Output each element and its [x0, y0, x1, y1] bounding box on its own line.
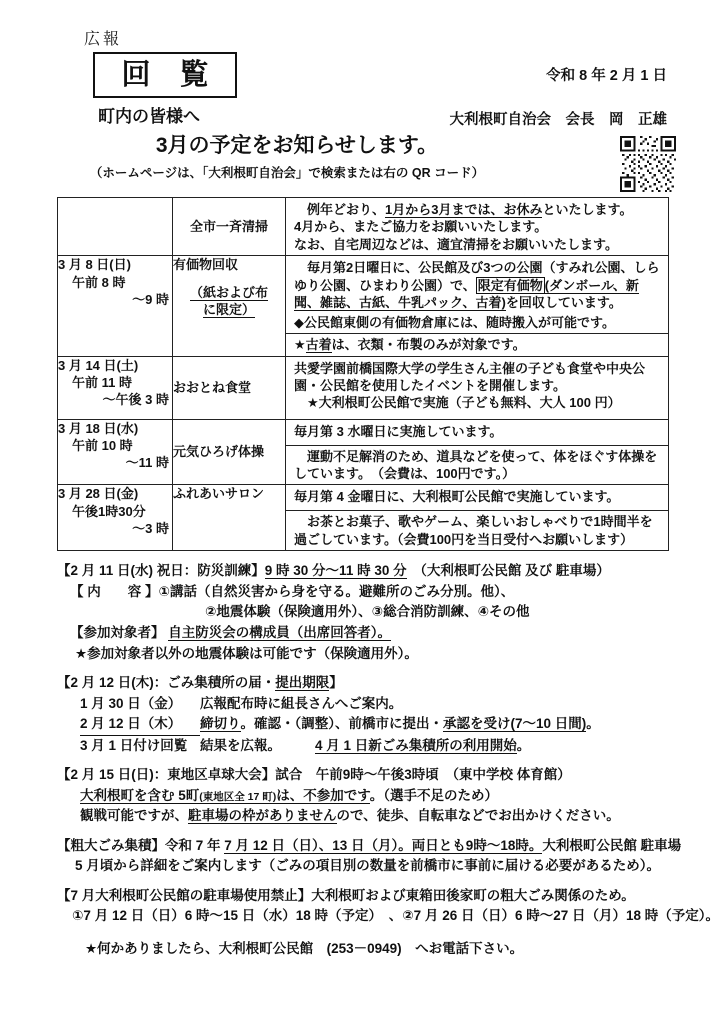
date-line: 3 月 14 日(土) — [58, 357, 172, 374]
section-takkyuu-taikai: 【2 月 15 日(日)：東地区卓球大会】試合 午前9時～午後3時頃 （東中学校… — [57, 765, 703, 827]
text-segment: 大利根町および東箱田後家町の粗大ごみ関係のため。 — [311, 888, 634, 903]
text-segment: を回収しています。 — [506, 295, 622, 310]
underlined-text: 駐車場の枠がありません — [188, 808, 337, 824]
underlined-text: に限定） — [203, 302, 255, 318]
underlined-text: 古着 — [306, 337, 332, 353]
detail-line: 共愛学園前橋国際大学の学生さん主催の子ども食堂や中央公園・公民館を使用したイベン… — [294, 360, 660, 395]
underlined-text: 4 月 1 日新ごみ集積所の利用開始 — [315, 738, 517, 754]
issue-date: 令和 8 年 2 月 1 日 — [546, 64, 667, 85]
date-line: 3 月 28 日(金) — [58, 485, 172, 502]
text-segment: ★ — [294, 337, 306, 352]
contact-note: ★何かありましたら、大利根町公民館 (253－0949) へお電話下さい。 — [85, 939, 703, 960]
addressee: 町内の皆様へ — [98, 102, 200, 127]
date-line: ～11 時 — [58, 454, 172, 471]
event-name-cell: ふれあいサロン — [173, 485, 286, 551]
text-segment: 。 — [586, 716, 600, 731]
date-cell — [58, 198, 173, 256]
date-line: 3 月 8 日(日) — [58, 256, 172, 273]
date-line: 午前 8 時 — [58, 274, 172, 291]
date-label: 2 月 12 日（木） — [80, 714, 200, 736]
underlined-text: 7 月 12 日（日）、13 日（月）。両日とも9時～18時。 — [224, 838, 542, 854]
detail-line: なお、自宅周辺などは、適宜清掃をお願いいたします。 — [294, 236, 660, 253]
underlined-text: 大利根町を含む 5町 — [80, 788, 199, 804]
date-cell: 3 月 18 日(水) 午前 10 時 ～11 時 — [58, 419, 173, 485]
event-name: ふれあいサロン — [173, 486, 264, 501]
underlined-text: 9 時 30 分～11 時 30 分 — [265, 563, 407, 579]
text-segment: ので、徒歩、自転車などでお出かけください。 — [337, 808, 620, 823]
date-line: ～9 時 — [58, 291, 172, 308]
text-segment: 】 — [329, 675, 343, 690]
event-name-cell: 元気ひろげ体操 — [173, 419, 286, 485]
event-detail-cell: 共愛学園前橋国際大学の学生さん主催の子ども食堂や中央公園・公民館を使用したイベン… — [286, 356, 669, 419]
event-name: おおとね食堂 — [173, 380, 251, 395]
kairan-stamp-text: 回 覧 — [121, 61, 208, 90]
document-header: 広報 回 覧 令和 8 年 2 月 1 日 町内の皆様へ 大利根町自治会 会長 … — [0, 0, 724, 197]
date-line: 午後1時30分 — [58, 503, 172, 520]
kairan-stamp-box: 回 覧 — [93, 52, 237, 98]
association-chairman: 大利根町自治会 会長 岡 正雄 — [450, 108, 668, 129]
date-cell: 3 月 28 日(金) 午後1時30分 ～3 時 — [58, 485, 173, 551]
notice-sections: 【2 月 11 日(水) 祝日：防災訓練】9 時 30 分～11 時 30 分 … — [57, 561, 703, 959]
text-segment: ①講話（自然災害から身を守る。避難所のごみ分別。他）、 — [159, 584, 515, 599]
text-segment: （大利根町公民館 及び 駐車場） — [407, 563, 610, 578]
section-title: 【7 月大利根町公民館の駐車場使用禁止】 — [57, 888, 311, 903]
event-detail-cell: 毎月第2日曜日に、公民館及び3つの公園（すみれ公園、しらゆり公園、ひまわり公園）… — [286, 256, 669, 356]
underlined-small-text: (東地区全 17 町) — [199, 791, 276, 804]
date-cell: 3 月 14 日(土) 午前 11 時 ～午後 3 時 — [58, 356, 173, 419]
detail-line: 毎月第 3 水曜日に実施しています。 — [294, 423, 660, 440]
event-name-cell: 有価物回収 （紙および布 に限定） — [173, 256, 286, 356]
text-segment: 広報配布時に組長さんへご案内。 — [200, 696, 402, 711]
underlined-text: 承認を受け(7～10 日間) — [443, 716, 586, 732]
event-name-cell: 全市一斉清掃 — [173, 198, 286, 256]
text-segment: 例年どおり、 — [294, 202, 385, 217]
table-row-seiso: 全市一斉清掃 例年どおり、1月から3月までは、お休みといたします。 4月から、ま… — [58, 198, 669, 256]
date-line: 3 月 18 日(水) — [58, 420, 172, 437]
underlined-text: 締切り — [200, 716, 241, 732]
date-cell: 3 月 8 日(日) 午前 8 時 ～9 時 — [58, 256, 173, 356]
section-title: 【2 月 15 日(日)：東地区卓球大会】試合 午前9時～午後3時頃 （東中学校… — [57, 765, 703, 786]
date-line: 午前 11 時 — [58, 374, 172, 391]
underlined-text: 1月から3月までは、お休み — [385, 202, 542, 218]
text-segment: 観戦可能ですが、 — [80, 808, 188, 823]
event-name: 元気ひろげ体操 — [173, 444, 264, 459]
event-name: 全市一斉清掃 — [190, 219, 268, 234]
section-title: 【2 月 12 日(木)：ごみ集積所の届・ — [57, 675, 275, 690]
section-title: 【2 月 11 日(水) 祝日：防災訓練】 — [57, 563, 265, 578]
text-segment: 。（選手不足のため） — [370, 788, 498, 803]
homepage-note: （ホームページは、「大利根町自治会」で検索または右の QR コード） — [0, 163, 574, 181]
table-row-yuukabutsu: 3 月 8 日(日) 午前 8 時 ～9 時 有価物回収 （紙および布 に限定）… — [58, 256, 669, 356]
underlined-text: 自主防災会の構成員（出席回答者）。 — [168, 625, 391, 641]
section-gomi-shusekijo: 【2 月 12 日(木)：ごみ集積所の届・提出期限】 1 月 30 日（金）広報… — [57, 673, 703, 756]
qr-code-icon — [620, 136, 676, 192]
detail-line: ★参加対象者以外の地震体験は可能です（保険適用外）。 — [75, 644, 703, 665]
section-title: 【粗大ごみ集積】 — [57, 838, 165, 853]
detail-line: 5 月頃から詳細をご案内します（ごみの項目別の数量を前橋市に事前に届ける必要があ… — [75, 856, 703, 877]
underlined-text: は、不参加です — [276, 788, 369, 804]
detail-line: ◆公民館東側の有価物倉庫には、随時搬入が可能です。 — [294, 314, 660, 331]
section-bousai-kunren: 【2 月 11 日(水) 祝日：防災訓練】9 時 30 分～11 時 30 分 … — [57, 561, 703, 664]
event-name: 有価物回収 — [173, 256, 285, 273]
table-row-shokudou: 3 月 14 日(土) 午前 11 時 ～午後 3 時 おおとね食堂 共愛学園前… — [58, 356, 669, 419]
table-row-salon: 3 月 28 日(金) 午後1時30分 ～3 時 ふれあいサロン 毎月第 4 金… — [58, 485, 669, 551]
detail-line: お茶とお菓子、歌やゲーム、楽しいおしゃべりで1時間半を過ごしています。（会費10… — [294, 513, 660, 548]
table-row-taisou: 3 月 18 日(水) 午前 10 時 ～11 時 元気ひろげ体操 毎月第 3 … — [58, 419, 669, 485]
event-detail-cell: 例年どおり、1月から3月までは、お休みといたします。 4月から、またご協力をお願… — [286, 198, 669, 256]
event-detail-cell: 毎月第 3 水曜日に実施しています。 運動不足解消のため、道具などを使って、体を… — [286, 419, 669, 485]
text-segment: は、衣類・布製のみが対象です。 — [332, 337, 526, 352]
date-line: ～午後 3 時 — [58, 391, 172, 408]
detail-line: ★大利根町公民館で実施（子ども無料、大人 100 円） — [294, 394, 660, 411]
text-segment: 大利根町公民館 駐車場 — [542, 838, 681, 853]
label-text: 【 内 容 】 — [70, 584, 159, 599]
section-sodai-gomi: 【粗大ごみ集積】令和 7 年 7 月 12 日（日）、13 日（月）。両日とも9… — [57, 836, 703, 877]
underlined-text: 提出期限 — [275, 675, 329, 691]
date-label: 1 月 30 日（金） — [80, 694, 200, 715]
event-detail-cell: 毎月第 4 金曜日に、大利根町公民館で実施しています。 お茶とお菓子、歌やゲーム… — [286, 485, 669, 551]
detail-line: ②地震体験（保険適用外）、③総合消防訓練、④その他 — [205, 602, 703, 623]
detail-line: 4月から、またご協力をお願いいたします。 — [294, 218, 660, 235]
detail-line: ①7 月 12 日（日）6 時～15 日（水）18 時（予定） 、②7 月 26… — [72, 906, 703, 927]
underlined-text: （紙および布 — [190, 285, 268, 301]
kairan-document: 広報 回 覧 令和 8 年 2 月 1 日 町内の皆様へ 大利根町自治会 会長 … — [0, 0, 724, 1024]
text-segment: 。確認・（調整）、前橋市に提出・ — [241, 716, 444, 731]
kouhou-label: 広報 — [84, 26, 122, 49]
detail-line: 毎月第 4 金曜日に、大利根町公民館で実施しています。 — [294, 488, 660, 505]
detail-line: 運動不足解消のため、道具などを使って、体をほぐす体操をしています。 （会費は、1… — [294, 448, 660, 483]
section-parking-ban: 【7 月大利根町公民館の駐車場使用禁止】大利根町および東箱田後家町の粗大ごみ関係… — [57, 886, 703, 927]
text-segment: 。 — [517, 738, 531, 753]
text-segment: 結果を広報。 — [200, 738, 281, 753]
boxed-text: 限定有価物 — [476, 277, 545, 294]
text-segment: といたします。 — [542, 202, 632, 217]
date-line: 午前 10 時 — [58, 437, 172, 454]
schedule-table: 全市一斉清掃 例年どおり、1月から3月までは、お休みといたします。 4月から、ま… — [57, 197, 669, 551]
text-segment: 令和 7 年 — [165, 838, 224, 853]
event-name-cell: おおとね食堂 — [173, 356, 286, 419]
date-line: ～3 時 — [58, 520, 172, 537]
page-title: 3月の予定をお知らせします。 — [0, 129, 594, 159]
date-label: 3 月 1 日付け回覧 — [80, 736, 200, 757]
label-text: 【参加対象者】 — [70, 625, 168, 640]
